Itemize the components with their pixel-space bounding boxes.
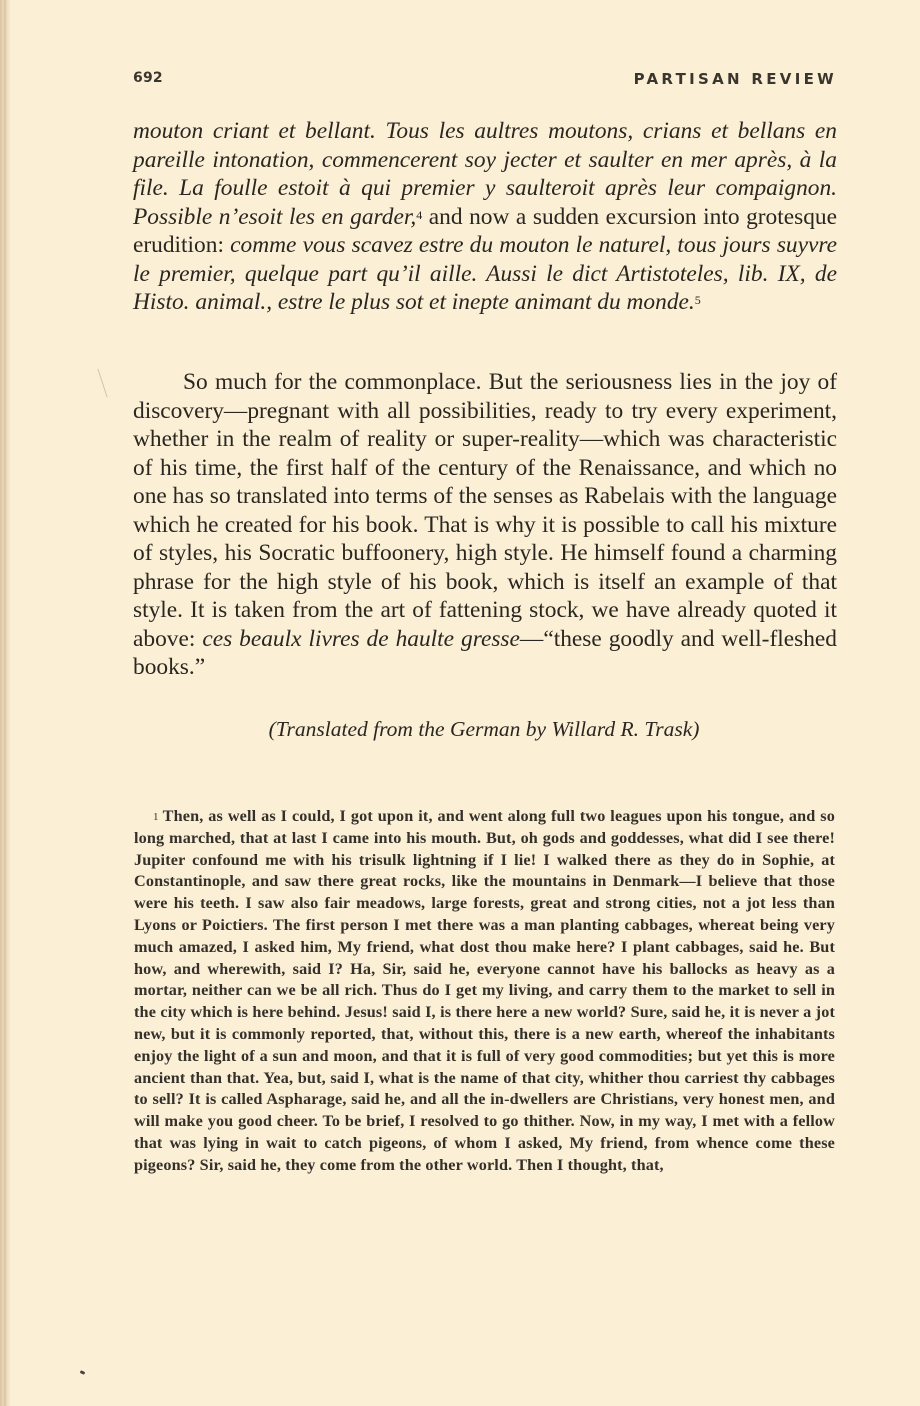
commentary-text: So much for the commonplace. But the ser… [133,369,837,652]
journal-title: PARTISAN REVIEW [634,70,837,88]
quote-french-3: ces beaulx livres de haulte gresse [202,626,520,652]
body-paragraph-commentary: So much for the commonplace. But the ser… [133,368,837,682]
running-head: 692 PARTISAN REVIEW [131,70,837,92]
quote-french-2: comme vous scavez estre du mouton le nat… [133,232,837,315]
body-paragraph-quotation: mouton criant et bellant. Tous les aultr… [133,117,837,317]
page-number: 692 [133,70,163,86]
footnote-text: Then, as well as I could, I got upon it,… [134,807,835,1174]
footnote-number: 1 [153,811,159,823]
page-binding-edge [0,0,10,1406]
footnote-ref-4[interactable]: 4 [416,208,422,222]
footnote-ref-5[interactable]: 5 [695,293,701,307]
footnote-1: 1Then, as well as I could, I got upon it… [134,806,835,1177]
margin-pencil-mark [97,369,107,398]
translator-credit: (Translated from the German by Willard R… [131,717,837,742]
paper-speck [80,1370,86,1375]
